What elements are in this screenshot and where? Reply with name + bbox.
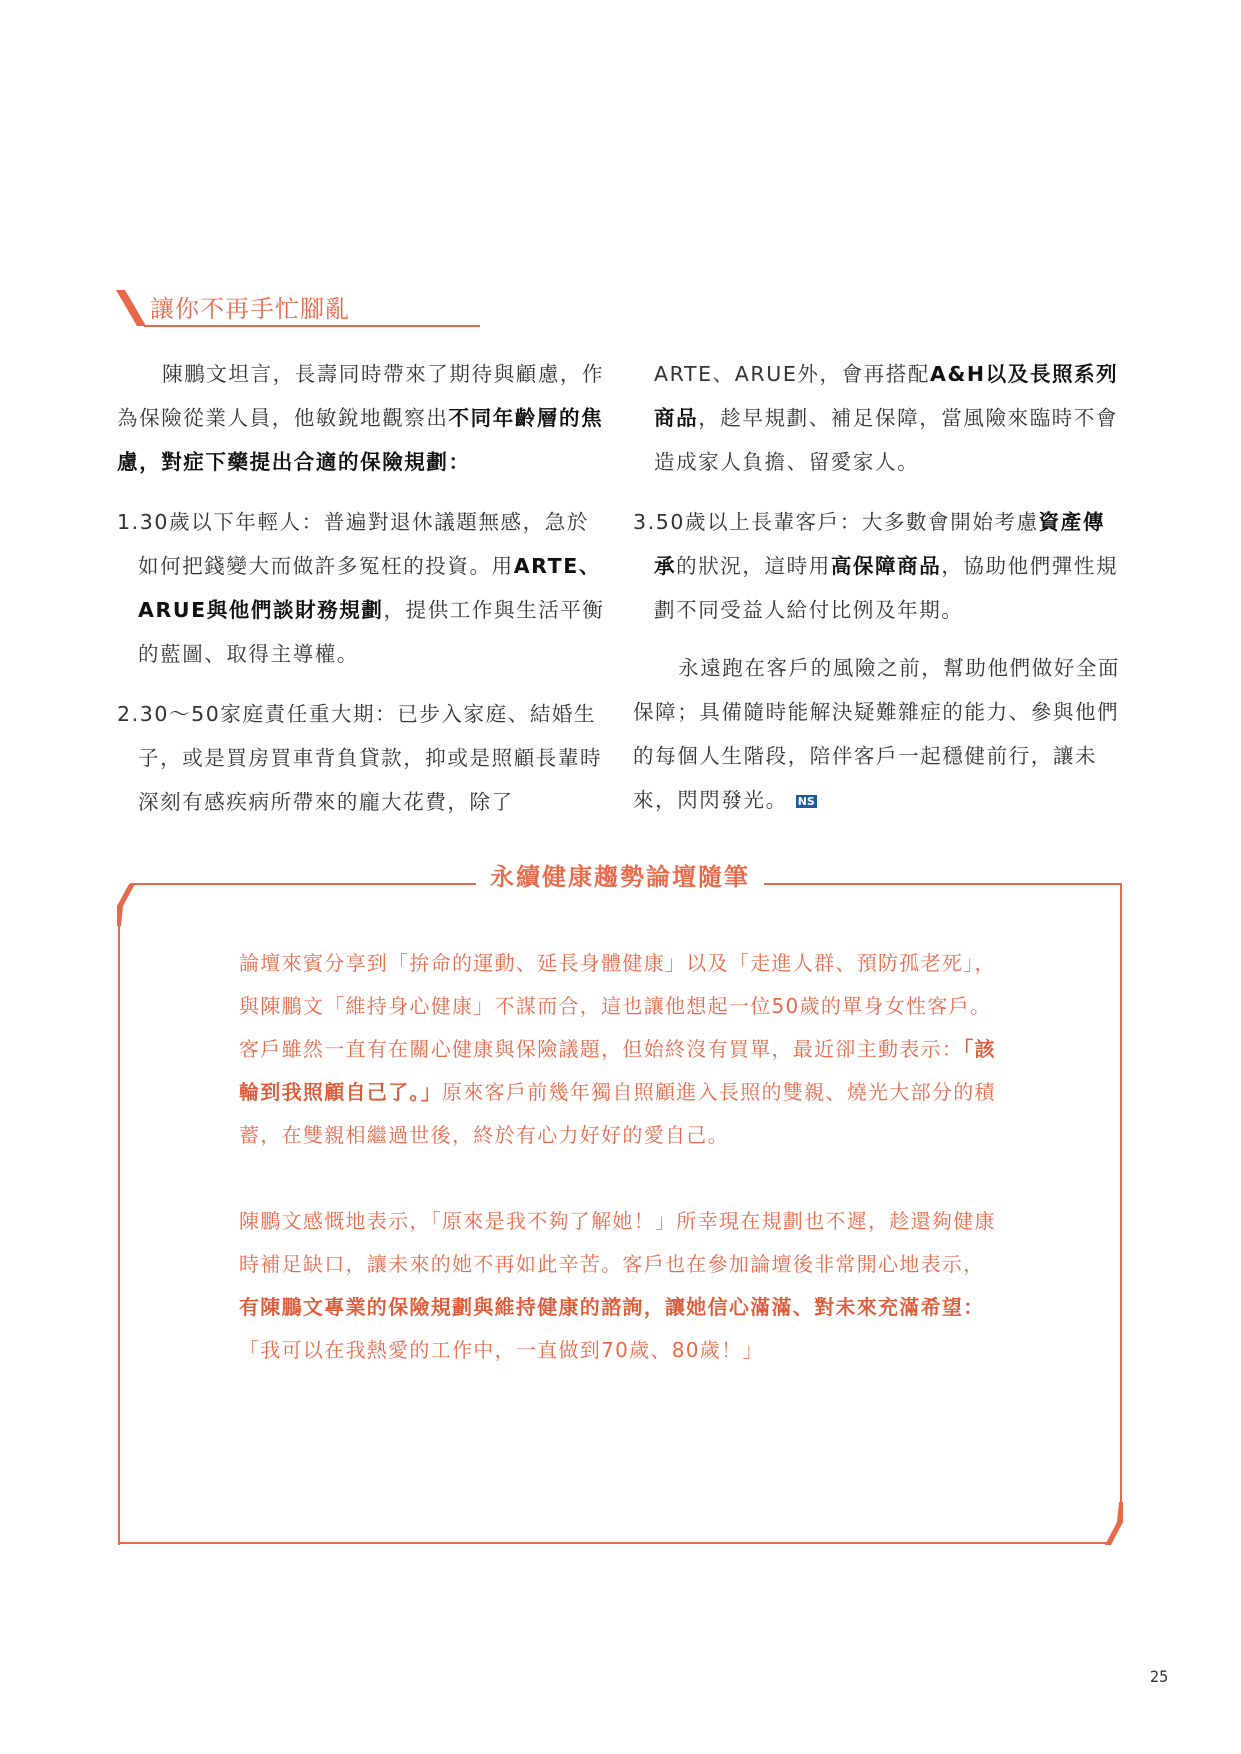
item2-cont-text-end: ，趁早規劃、補足保障，當風險來臨時不會造成家人負擔、留愛家人。 <box>654 406 1118 474</box>
para2-quote: 「我可以在我熱愛的工作中，一直做到70歲、80歲！」 <box>239 1338 764 1362</box>
item3-text: 3.50歲以上長輩客戶：大多數會開始考慮 <box>633 510 1039 534</box>
page-number: 25 <box>1150 1667 1168 1686</box>
closing-paragraph: 永遠跑在客戶的風險之前，幫助他們做好全面保障；具備隨時能解決疑難雜症的能力、參與… <box>633 646 1125 822</box>
left-column: 陳鵬文坦言，長壽同時帶來了期待與顧慮，作為保險從業人員，他敏銳地觀察出不同年齡層… <box>117 352 607 824</box>
intro-paragraph: 陳鵬文坦言，長壽同時帶來了期待與顧慮，作為保險從業人員，他敏銳地觀察出不同年齡層… <box>117 352 607 484</box>
slash-accent-icon <box>116 290 146 326</box>
item2-continuation: ARTE、ARUE外，會再搭配A&H以及長照系列商品，趁早規劃、補足保障，當風險… <box>633 352 1125 484</box>
box-title-text: 永續健康趨勢論壇隨筆 <box>476 860 764 894</box>
end-mark-badge: NS <box>796 795 817 808</box>
closing-text: 永遠跑在客戶的風險之前，幫助他們做好全面保障；具備隨時能解決疑難雜症的能力、參與… <box>633 656 1120 812</box>
para2-bold: 有陳鵬文專業的保險規劃與維持健康的諮詢，讓她信心滿滿、對未來充滿希望： <box>239 1295 985 1319</box>
box-body: 論壇來賓分享到「拚命的運動、延長身體健康」以及「走進人群、預防孤老死」，與陳鵬文… <box>239 942 999 1372</box>
item3-text-2: 的狀況，這時用 <box>676 554 831 578</box>
box-paragraph-2: 陳鵬文感慨地表示，「原來是我不夠了解她！」所幸現在規劃也不遲，趁還夠健康時補足缺… <box>239 1200 999 1372</box>
section-heading: 讓你不再手忙腳亂 <box>116 288 352 324</box>
list-item-over-50: 3.50歲以上長輩客戶：大多數會開始考慮資產傳承的狀況，這時用高保障商品，協助他… <box>633 500 1125 632</box>
box-paragraph-1: 論壇來賓分享到「拚命的運動、延長身體健康」以及「走進人群、預防孤老死」，與陳鵬文… <box>239 942 999 1157</box>
right-column: ARTE、ARUE外，會再搭配A&H以及長照系列商品，趁早規劃、補足保障，當風險… <box>633 352 1125 822</box>
item3-bold-2: 高保障商品 <box>831 554 942 578</box>
para2-text: 陳鵬文感慨地表示，「原來是我不夠了解她！」所幸現在規劃也不遲，趁還夠健康時補足缺… <box>239 1209 996 1276</box>
heading-underline <box>144 325 480 327</box>
para1-text: 論壇來賓分享到「拚命的運動、延長身體健康」以及「走進人群、預防孤老死」，與陳鵬文… <box>239 951 996 1061</box>
item2-cont-text: ARTE、ARUE外，會再搭配 <box>654 362 930 386</box>
box-title: 永續健康趨勢論壇隨筆 <box>117 860 1123 894</box>
list-item-30-50: 2.30～50家庭責任重大期：已步入家庭、結婚生子，或是買房買車背負貸款，抑或是… <box>117 692 607 824</box>
forum-notes-box: 永續健康趨勢論壇隨筆 論壇來賓分享到「拚命的運動、延長身體健康」以及「走進人群、… <box>117 882 1123 1545</box>
item2-text: 2.30～50家庭責任重大期：已步入家庭、結婚生子，或是買房買車背負貸款，抑或是… <box>117 702 602 814</box>
section-heading-text: 讓你不再手忙腳亂 <box>150 294 352 324</box>
list-item-under-30: 1.30歲以下年輕人：普遍對退休議題無感，急於如何把錢變大而做許多冤枉的投資。用… <box>117 500 607 676</box>
